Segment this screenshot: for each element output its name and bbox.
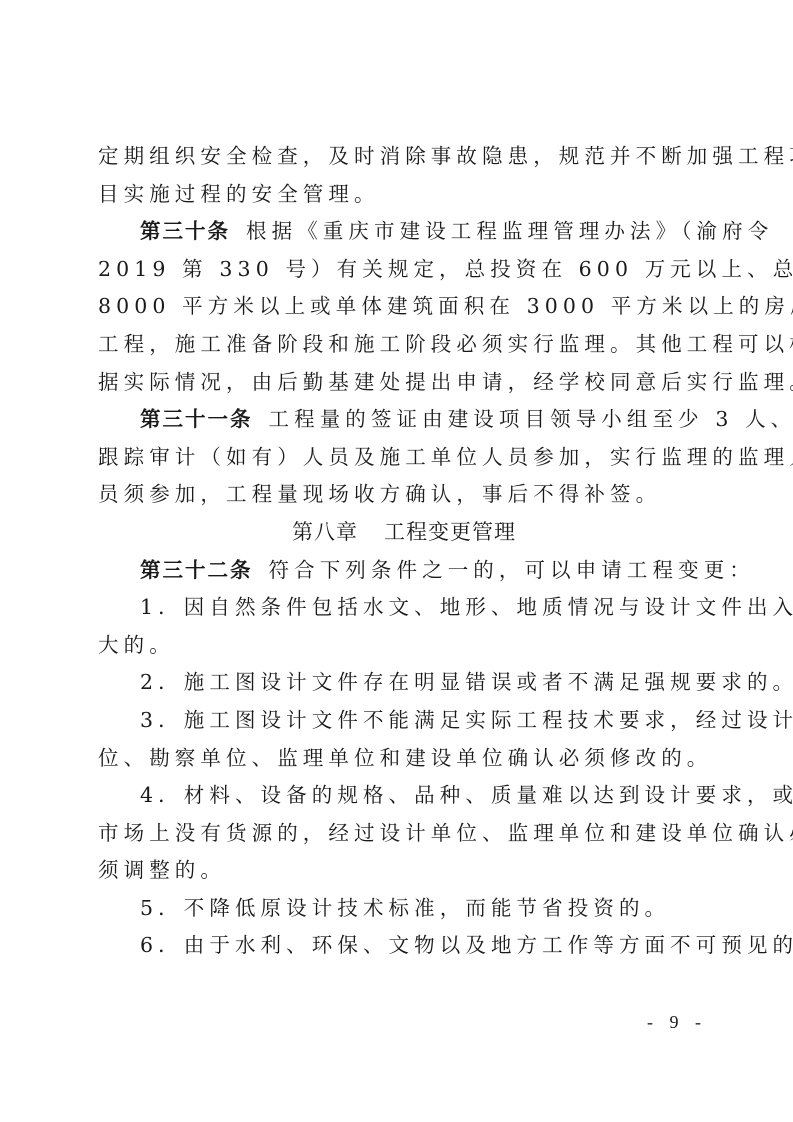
text-line: 5．不降低原设计技术标准，而能节省投资的。: [98, 890, 710, 928]
chapter-number: 第八章: [292, 520, 358, 544]
text-line: 8000 平方米以上或单体建筑面积在 3000 平方米以上的房屋建筑: [98, 288, 710, 326]
article-heading: 第三十条: [140, 219, 230, 243]
list-item: 6．由于水利、环保、文物以及地方工作等方面不可预见的因: [98, 927, 710, 965]
article-heading: 第三十二条: [140, 558, 253, 582]
list-item: 1．因自然条件包括水文、地形、地质情况与设计文件出入较 大的。: [98, 589, 710, 664]
list-item: 4．材料、设备的规格、品种、质量难以达到设计要求，或者 市场上没有货源的，经过设…: [98, 777, 710, 890]
text-line: 第三十条根据《重庆市建设工程监理管理办法》（渝府令: [98, 213, 710, 251]
text-line: 4．材料、设备的规格、品种、质量难以达到设计要求，或者: [98, 777, 710, 815]
list-item: 3．施工图设计文件不能满足实际工程技术要求，经过设计单 位、勘察单位、监理单位和…: [98, 702, 710, 777]
text-line: 须调整的。: [98, 852, 710, 890]
text-line: 第三十二条符合下列条件之一的，可以申请工程变更：: [98, 552, 710, 590]
article-text: 工程量的签证由建设项目领导小组至少 3 人、: [269, 407, 793, 431]
article-31: 第三十一条工程量的签证由建设项目领导小组至少 3 人、 跟踪审计（如有）人员及施…: [98, 401, 710, 514]
article-text: 符合下列条件之一的，可以申请工程变更：: [269, 558, 755, 582]
text-line: 定期组织安全检查，及时消除事故隐患，规范并不断加强工程项: [98, 138, 710, 176]
text-line: 6．由于水利、环保、文物以及地方工作等方面不可预见的因: [98, 927, 710, 965]
article-30: 第三十条根据《重庆市建设工程监理管理办法》（渝府令 2019 第 330 号）有…: [98, 213, 710, 401]
chapter-title: 工程变更管理: [384, 520, 516, 544]
text-line: 2．施工图设计文件存在明显错误或者不满足强规要求的。: [98, 664, 710, 702]
article-text: 根据《重庆市建设工程监理管理办法》（渝府令: [246, 219, 773, 243]
text-line: 目实施过程的安全管理。: [98, 176, 710, 214]
list-item: 5．不降低原设计技术标准，而能节省投资的。: [98, 890, 710, 928]
text-line: 市场上没有货源的，经过设计单位、监理单位和建设单位确认必: [98, 815, 710, 853]
text-line: 2019 第 330 号）有关规定，总投资在 600 万元以上、总建筑面积: [98, 251, 710, 289]
text-line: 据实际情况，由后勤基建处提出申请，经学校同意后实行监理。: [98, 364, 710, 402]
text-line: 第三十一条工程量的签证由建设项目领导小组至少 3 人、: [98, 401, 710, 439]
text-line: 大的。: [98, 627, 710, 665]
chapter-heading: 第八章工程变更管理: [98, 514, 710, 552]
text-line: 3．施工图设计文件不能满足实际工程技术要求，经过设计单: [98, 702, 710, 740]
paragraph-continuation: 定期组织安全检查，及时消除事故隐患，规范并不断加强工程项 目实施过程的安全管理。: [98, 138, 710, 213]
article-heading: 第三十一条: [140, 407, 253, 431]
page-number: - 9 -: [647, 1012, 707, 1033]
list-item: 2．施工图设计文件存在明显错误或者不满足强规要求的。: [98, 664, 710, 702]
text-line: 跟踪审计（如有）人员及施工单位人员参加，实行监理的监理人: [98, 439, 710, 477]
text-line: 位、勘察单位、监理单位和建设单位确认必须修改的。: [98, 740, 710, 778]
text-line: 员须参加，工程量现场收方确认，事后不得补签。: [98, 476, 710, 514]
text-line: 1．因自然条件包括水文、地形、地质情况与设计文件出入较: [98, 589, 710, 627]
document-page: 定期组织安全检查，及时消除事故隐患，规范并不断加强工程项 目实施过程的安全管理。…: [98, 138, 710, 965]
article-32: 第三十二条符合下列条件之一的，可以申请工程变更： 1．因自然条件包括水文、地形、…: [98, 552, 710, 966]
text-line: 工程，施工准备阶段和施工阶段必须实行监理。其他工程可以根: [98, 326, 710, 364]
